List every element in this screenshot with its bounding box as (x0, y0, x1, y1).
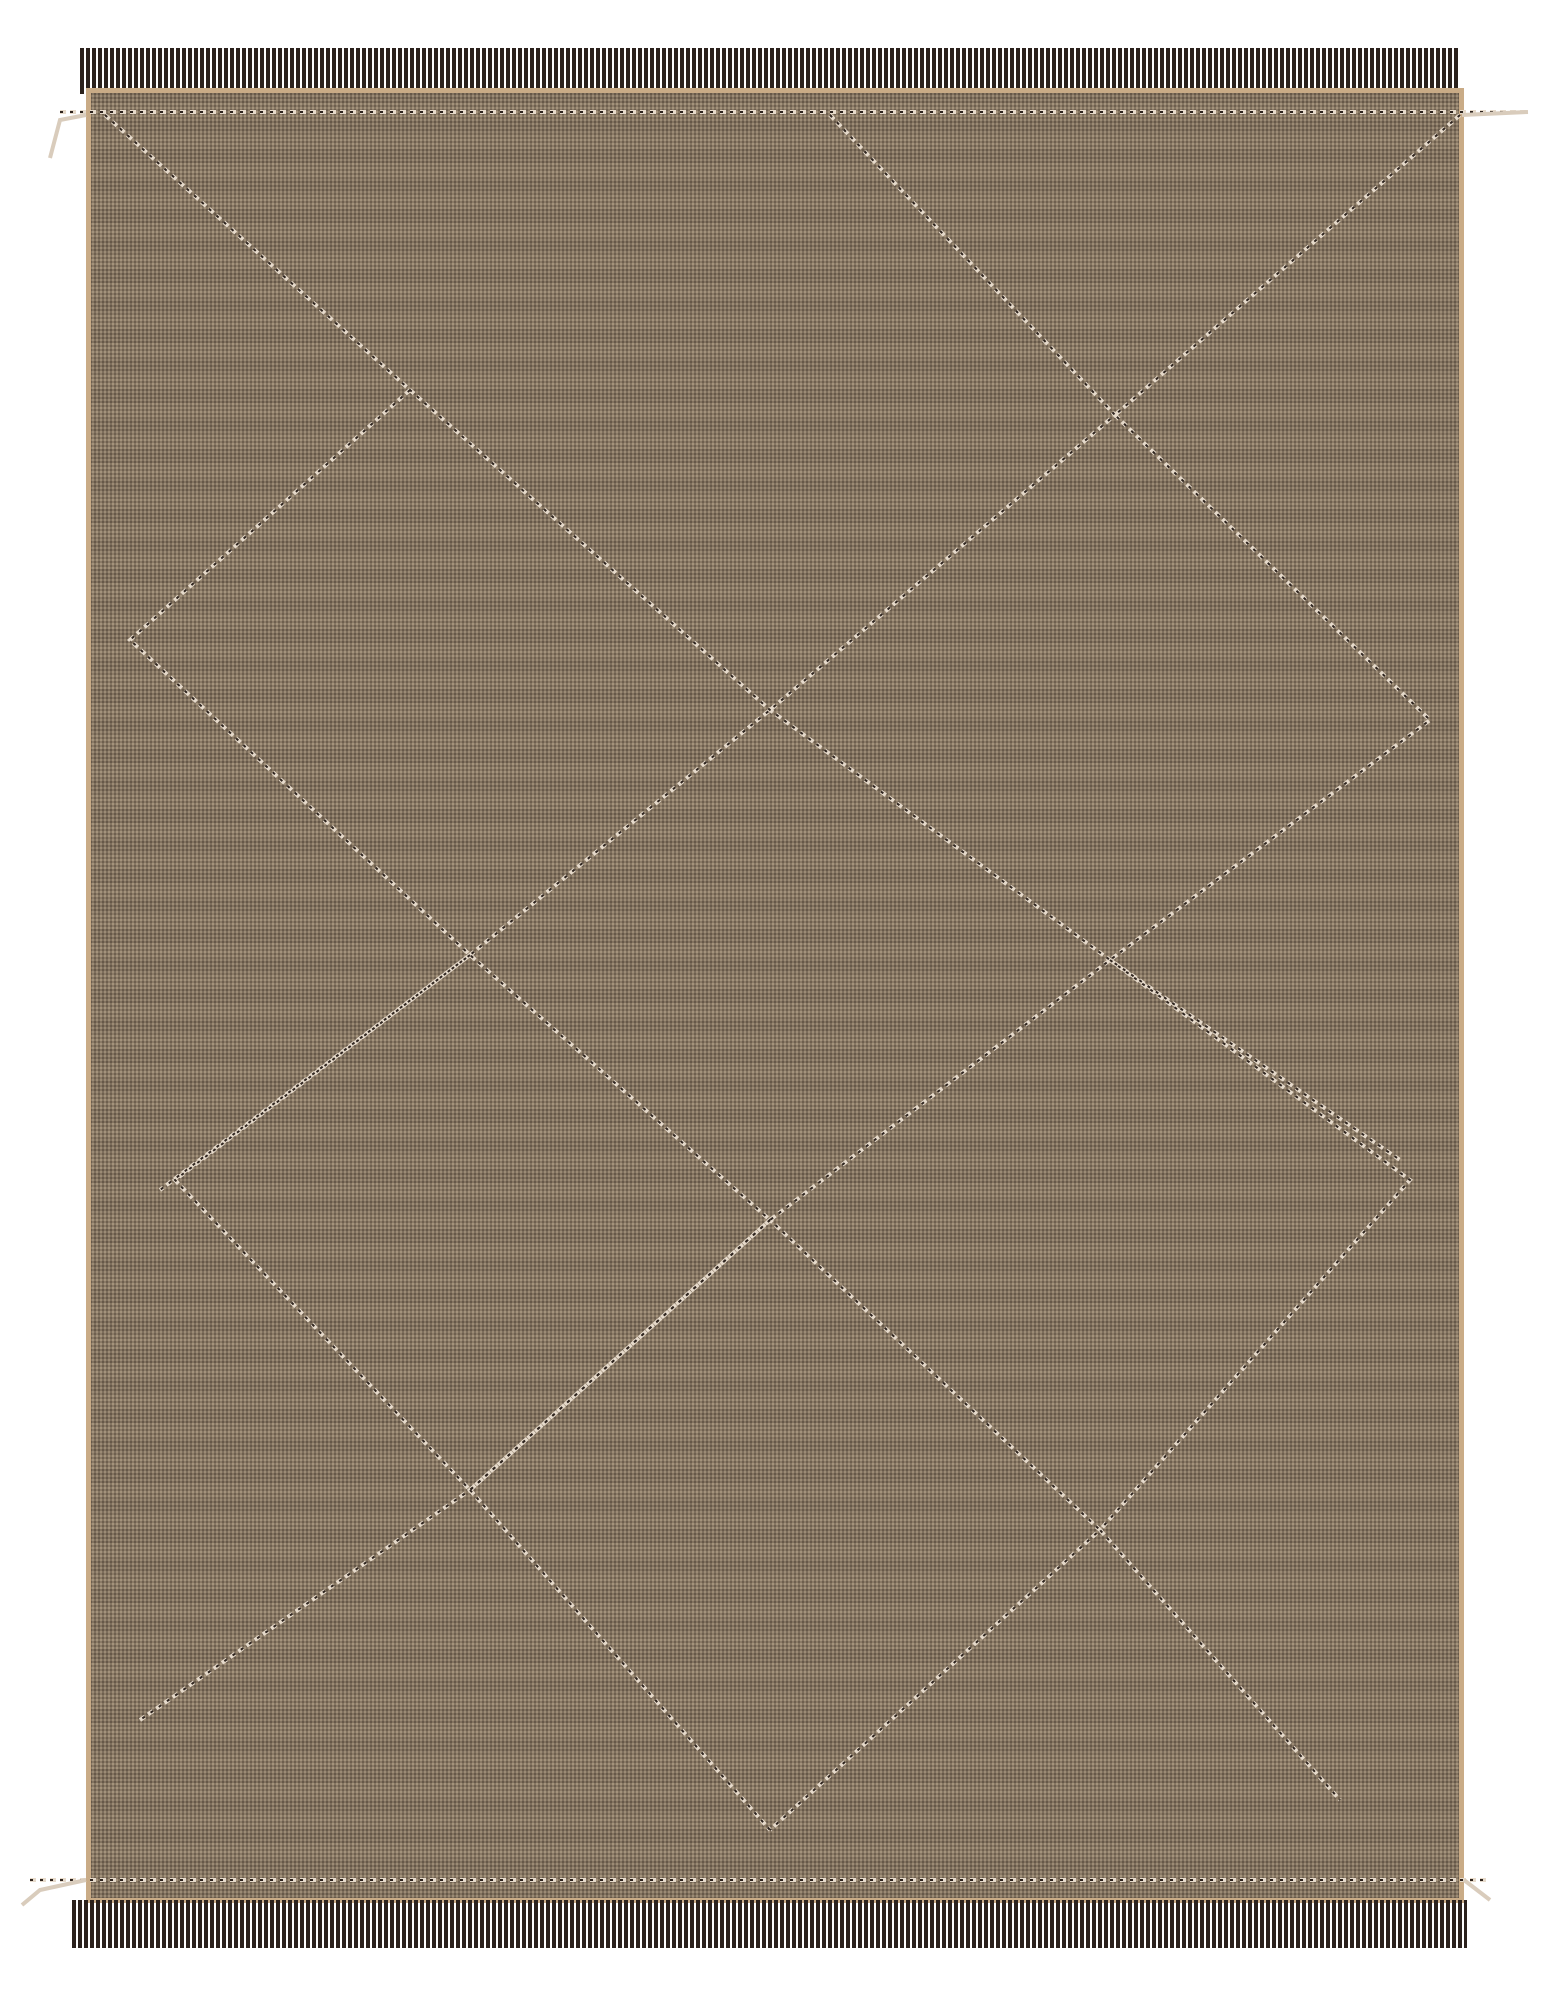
braid-tails (22, 112, 1528, 1905)
diamond-lattice (0, 0, 1555, 2000)
product-photo (0, 0, 1555, 2000)
